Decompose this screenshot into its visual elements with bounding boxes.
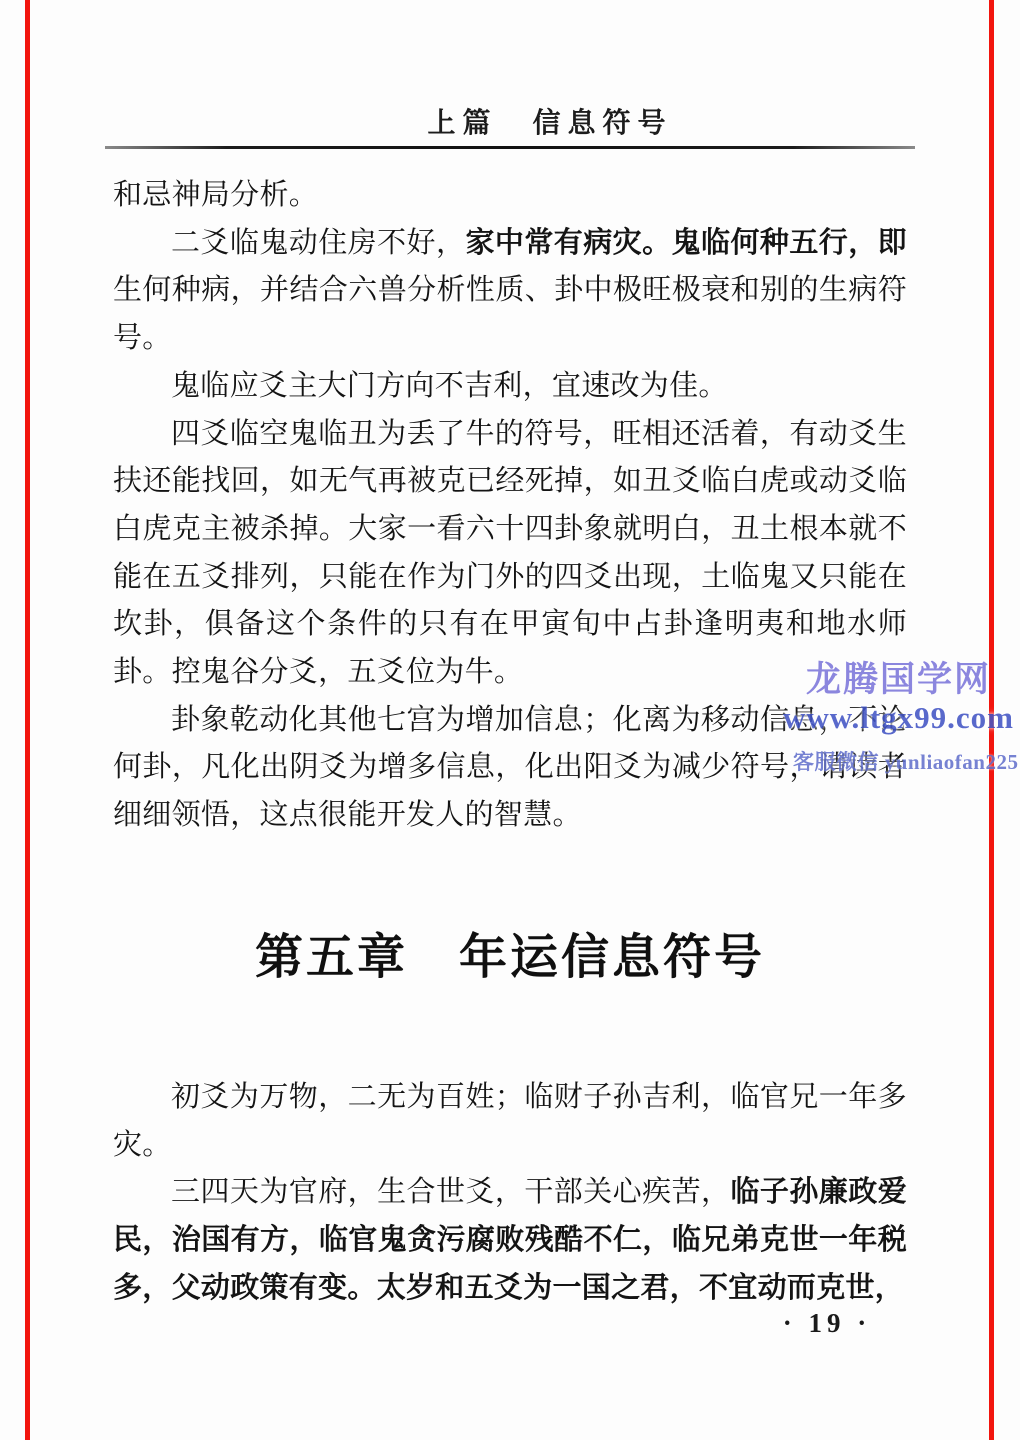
paragraph: 初爻为万物，二无为百姓；临财子孙吉利，临官兄一年多灾。 <box>113 1074 907 1169</box>
running-header: 上篇 信息符号 <box>40 101 1020 141</box>
text-segment: 初爻为万物，二无为百姓；临财子孙吉利，临官兄一年多灾。 <box>113 1081 907 1161</box>
text-segment: 四爻临空鬼临丑为丢了牛的符号，旺相还活着，有动爻生扶还能找回，如无气再被克已经死… <box>113 418 907 689</box>
paragraph: 和忌神局分析。 <box>113 172 907 220</box>
watermark-contact: 客服微信 yunliaofan225 <box>793 746 1018 776</box>
paragraph: 四爻临空鬼临丑为丢了牛的符号，旺相还活着，有动爻生扶还能找回，如无气再被克已经死… <box>113 411 907 697</box>
body-text: 和忌神局分析。 二爻临鬼动住房不好，家中常有病灾。鬼临何种五行，即生何种病，并结… <box>113 172 907 1312</box>
paragraph: 鬼临应爻主大门方向不吉利，宜速改为佳。 <box>113 363 907 411</box>
scanned-book-page: 上篇 信息符号 和忌神局分析。 二爻临鬼动住房不好，家中常有病灾。鬼临何种五行，… <box>0 0 1020 1440</box>
text-segment: 和忌神局分析。 <box>113 179 318 211</box>
paragraph: 三四天为官府，生合世爻，干部关心疾苦，临子孙廉政爱民，治国有方，临官鬼贪污腐败残… <box>113 1169 907 1312</box>
text-segment: 三四天为官府，生合世爻，干部关心疾苦， <box>171 1176 730 1208</box>
page-number: · 19 · <box>752 1308 902 1339</box>
watermark-site-url: www.ltgx99.com <box>783 700 1014 736</box>
text-segment: 生何种病，并结合六兽分析性质、卦中极旺极衰和别的生病符号。 <box>113 274 907 354</box>
header-rule <box>105 146 915 149</box>
paragraph: 二爻临鬼动住房不好，家中常有病灾。鬼临何种五行，即生何种病，并结合六兽分析性质、… <box>113 220 907 363</box>
watermark-site-name: 龙腾国学网 <box>806 652 991 702</box>
text-segment: 家中常有病灾。鬼临何种五行，即 <box>465 227 907 259</box>
text-segment: 鬼临应爻主大门方向不吉利，宜速改为佳。 <box>171 370 728 402</box>
text-segment: 二爻临鬼动住房不好， <box>171 227 465 259</box>
left-margin-red-line <box>25 0 30 1440</box>
chapter-heading: 第五章 年运信息符号 <box>113 928 907 988</box>
